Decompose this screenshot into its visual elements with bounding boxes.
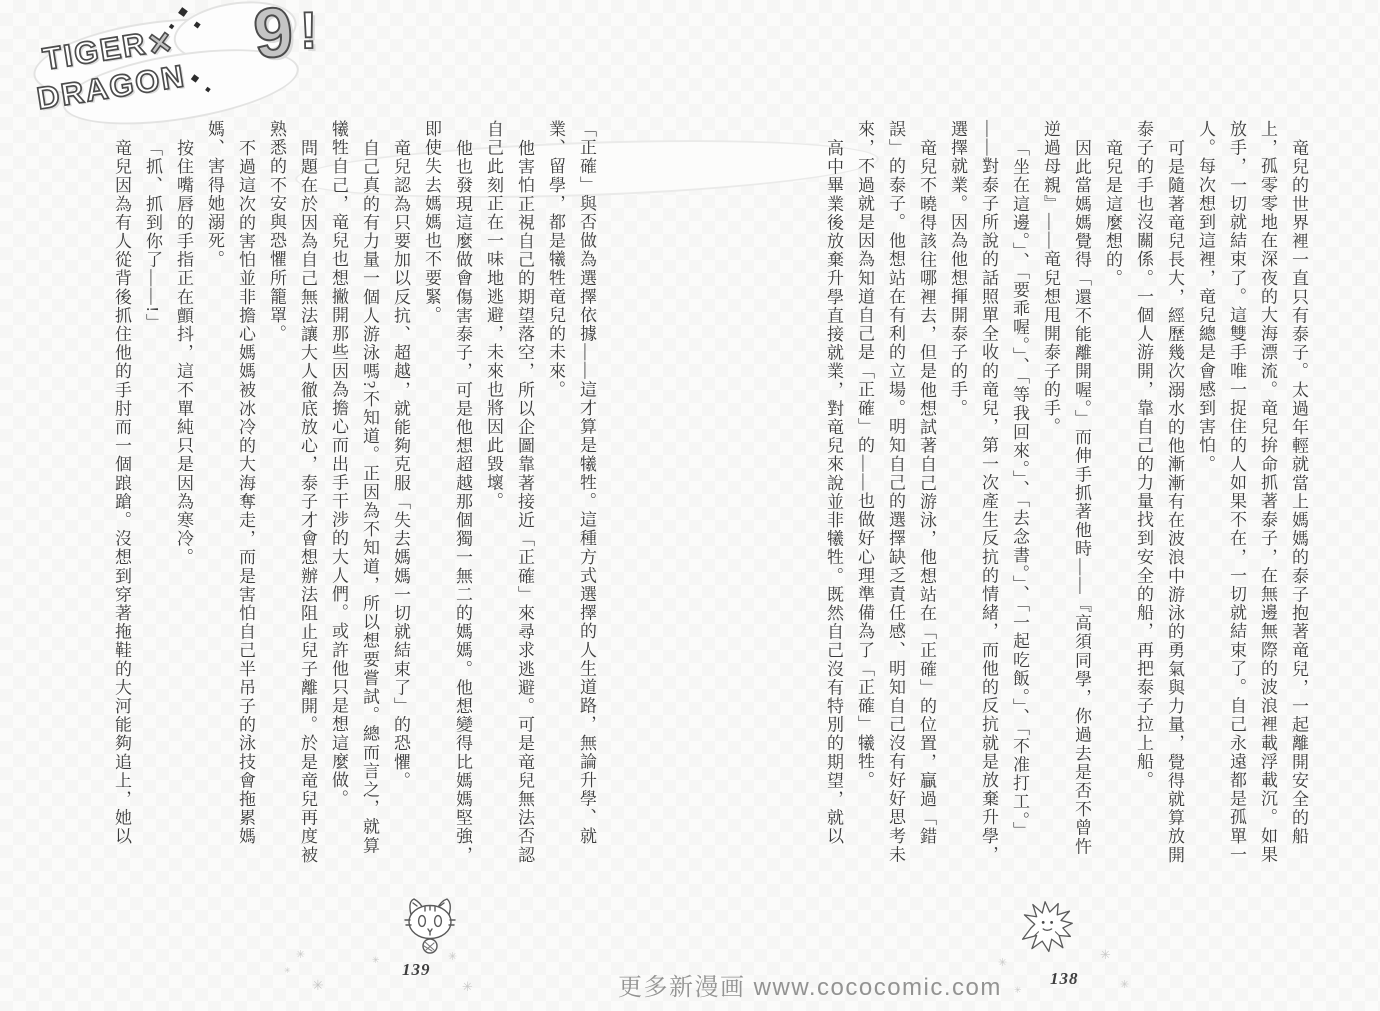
watermark: 更多新漫画 www.cococomic.com (618, 967, 1002, 1002)
paragraph: 高中畢業後放棄升學直接就業，對竜兒來說並非犧牲。既然自己沒有特別的期望，就以 (818, 120, 849, 870)
logo-exclamation: ! (299, 1, 317, 61)
sparkle-icon: ✳ (1120, 978, 1129, 991)
paragraph: 因此當媽媽覺得「還不能離開喔。」而伸手抓著他時——『高須同學，你過去是否不曾忤逆… (1035, 120, 1097, 870)
sparkle-icon: ✳ (448, 950, 457, 963)
page-number-left: 139 (402, 960, 431, 980)
sparkle-icon: ✳ (462, 980, 473, 995)
sparkle-icon: ✳ (296, 948, 305, 961)
page-number-right: 138 (1050, 969, 1079, 989)
logo-dot (178, 7, 188, 17)
logo-volume-number: 9 (250, 0, 296, 74)
paragraph: 可是隨著竜兒長大，經歷幾次溺水的他漸漸有在波浪中游泳的勇氣與力量，覺得就算放開泰… (1128, 120, 1190, 870)
paragraph: 竜兒因為有人從背後抓住他的手肘而一個踉蹌。沒想到穿著拖鞋的大河能夠追上，她以 (106, 120, 137, 870)
paragraph: 他害怕正視自己的期望落空，所以企圖靠著接近「正確」來尋求逃避。可是竜兒無法否認自… (478, 120, 540, 870)
sparkle-icon: ✳ (1014, 986, 1022, 996)
paragraph: 「坐在這邊。」、「要乖喔。」、「等我回來。」、「去念書。」、「一起吃飯。」、「不… (942, 120, 1035, 870)
book-spread: TIGER× DRAGON 9 ! 竜兒的世界裡一直只有泰子。太過年輕就當上媽媽… (0, 0, 1380, 1011)
sparkle-icon: ✳ (372, 956, 380, 966)
sparkle-icon: ✳ (284, 966, 291, 975)
paragraph: 竜兒的世界裡一直只有泰子。太過年輕就當上媽媽的泰子抱著竜兒，一起離開安全的船上，… (1190, 120, 1314, 870)
dragon-mascot-icon (1016, 898, 1076, 958)
sparkle-icon: ✳ (1100, 948, 1111, 963)
page-138-text: 竜兒的世界裡一直只有泰子。太過年輕就當上媽媽的泰子抱著竜兒，一起離開安全的船上，… (814, 120, 1314, 870)
cat-mascot-icon (398, 896, 462, 956)
sparkle-icon: ✳ (312, 978, 324, 994)
paragraph: 自己真的有力量一個人游泳嗎?不知道。正因為不知道，所以想要嘗試。總而言之，就算犧… (323, 120, 385, 870)
paragraph: 竜兒是這麼想的。 (1097, 120, 1128, 870)
paragraph: 竜兒認為只要加以反抗、超越，就能夠克服「失去媽媽一切就結束了」的恐懼。 (385, 120, 416, 870)
paragraph: 按住嘴唇的手指正在顫抖，這不單純只是因為寒冷。 (168, 120, 199, 870)
paragraph: 「正確」與否做為選擇依據——這才算是犧牲。這種方式選擇的人生道路，無論升學、就業… (540, 120, 602, 870)
paragraph: 竜兒不曉得該往哪裡去，但是他想試著自己游泳，他想站在「正確」的位置，贏過「錯誤」… (849, 120, 942, 870)
paragraph: 「抓、抓到你了——!」 (137, 120, 168, 870)
paragraph: 問題在於因為自己無法讓大人徹底放心，泰子才會想辦法阻止兒子離開。於是竜兒再度被熟… (261, 120, 323, 870)
paragraph: 不過這次的害怕並非擔心媽媽被冰冷的大海奪走，而是害怕自己半吊子的泳技會拖累媽媽、… (199, 120, 261, 870)
paragraph: 他也發現這麼做會傷害泰子，可是他想超越那個獨一無二的媽媽。他想變得比媽媽堅強，即… (416, 120, 478, 870)
page-139-text: 「正確」與否做為選擇依據——這才算是犧牲。這種方式選擇的人生道路，無論升學、就業… (102, 120, 602, 870)
